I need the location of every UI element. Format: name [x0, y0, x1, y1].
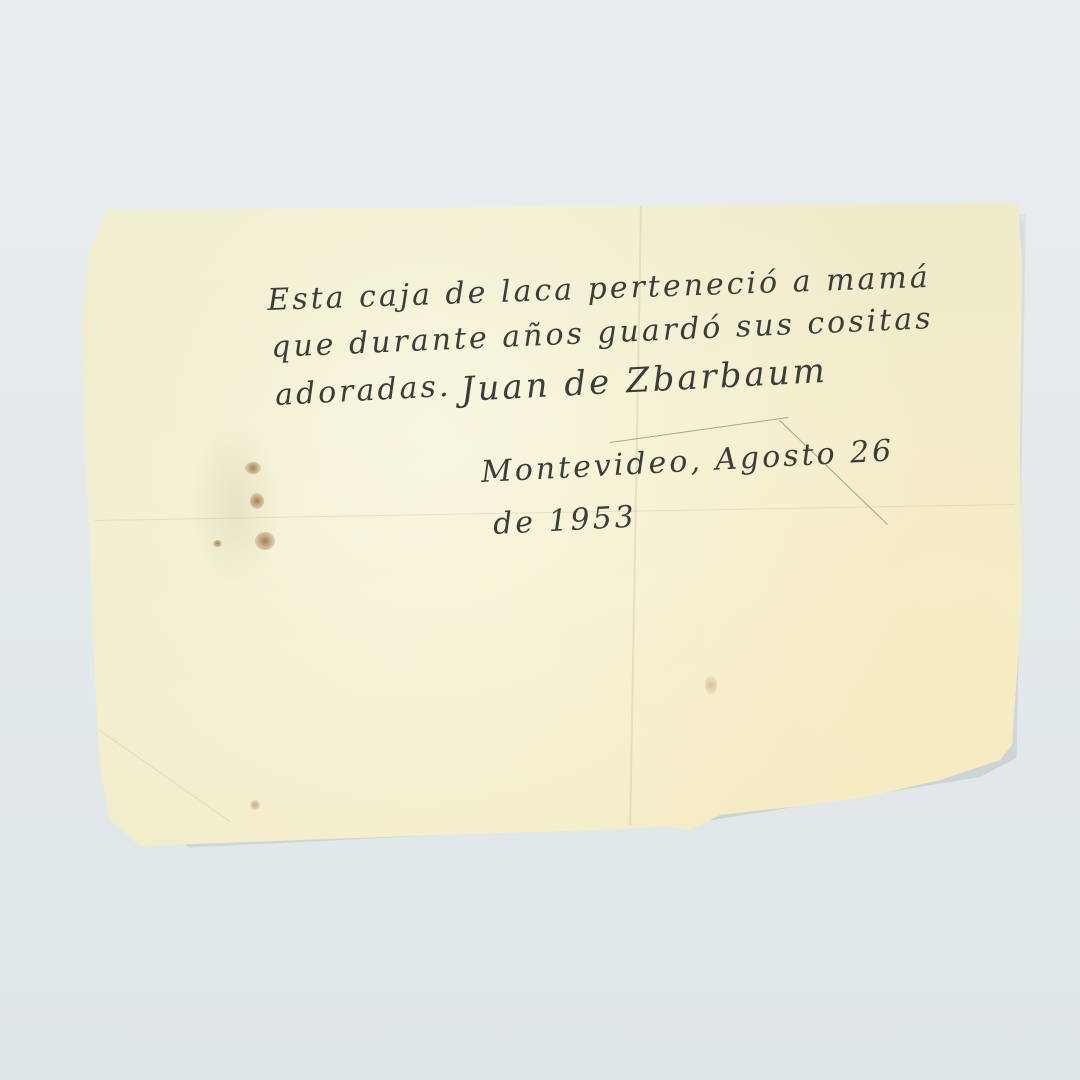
stain-spot: [245, 462, 261, 474]
aged-paper-note: Esta caja de laca perteneció a mamá que …: [0, 0, 1080, 1080]
stain-spot: [250, 493, 264, 509]
fold-crease: [99, 730, 231, 823]
stain-spot: [255, 532, 275, 550]
place-date-line-1: Montevideo, Agosto 26: [480, 433, 895, 490]
signature: Juan de Zbarbaum: [460, 351, 829, 410]
stain-spot: [250, 800, 260, 810]
stain-area: [190, 420, 280, 590]
stain-spot: [705, 675, 717, 695]
stain-spot: [213, 540, 222, 547]
place-date-line-2: de 1953: [492, 500, 637, 542]
note-line-3: adoradas.: [274, 369, 452, 413]
